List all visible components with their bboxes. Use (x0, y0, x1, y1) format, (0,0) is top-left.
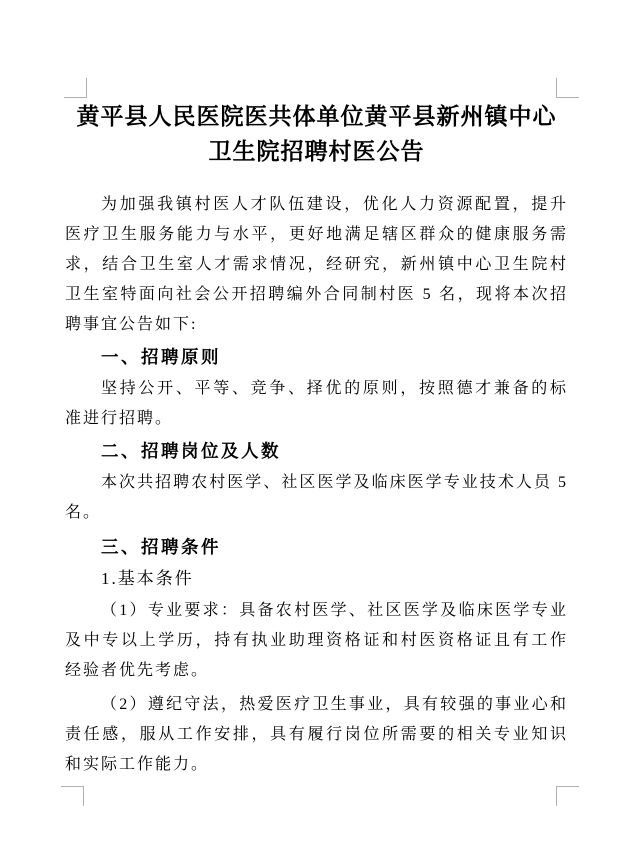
crop-mark-bottom-left (61, 786, 84, 806)
section-3-subheading: 1.基本条件 (65, 564, 568, 594)
section-2-heading: 二、招聘岗位及人数 (65, 436, 568, 466)
document-content: 黄平县人民医院医共体单位黄平县新州镇中心卫生院招聘村医公告 为加强我镇村医人才队… (65, 99, 568, 780)
section-3-heading: 三、招聘条件 (65, 532, 568, 562)
section-3-item-1-paragraph: （1）专业要求：具备农村医学、社区医学及临床医学专业及中专以上学历，持有执业助理… (65, 596, 568, 686)
intro-paragraph: 为加强我镇村医人才队伍建设，优化人力资源配置，提升医疗卫生服务能力与水平，更好地… (65, 190, 568, 340)
document-title: 黄平县人民医院医共体单位黄平县新州镇中心卫生院招聘村医公告 (65, 99, 568, 169)
section-1-heading: 一、招聘原则 (65, 342, 568, 372)
document-page: 黄平县人民医院医共体单位黄平县新州镇中心卫生院招聘村医公告 为加强我镇村医人才队… (0, 0, 632, 849)
section-3-item-2-paragraph: （2）遵纪守法，热爱医疗卫生事业，具有较强的事业心和责任感，服从工作安排，具有履… (65, 690, 568, 780)
crop-mark-top-right (556, 78, 579, 98)
crop-mark-bottom-right (556, 786, 579, 806)
crop-mark-top-left (64, 78, 87, 98)
section-2-body-paragraph: 本次共招聘农村医学、社区医学及临床医学专业技术人员 5 名。 (65, 468, 568, 528)
section-1-body-paragraph: 坚持公开、平等、竞争、择优的原则，按照德才兼备的标准进行招聘。 (65, 374, 568, 434)
